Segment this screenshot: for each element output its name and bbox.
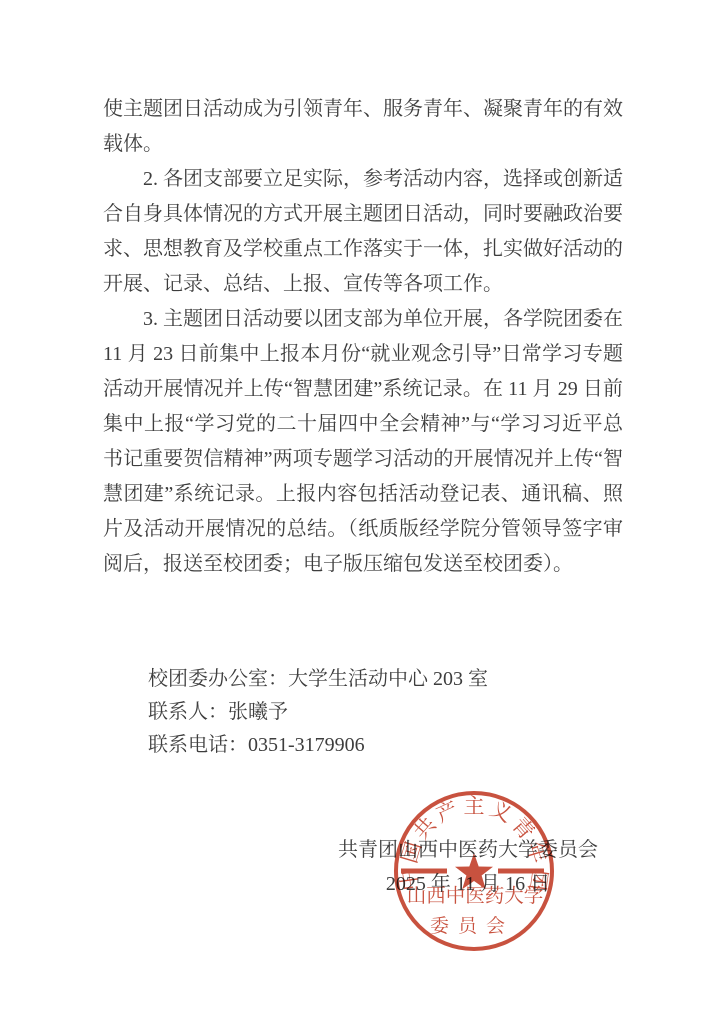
- seal-arc-char: 共: [409, 813, 441, 845]
- document-body: 使主题团日活动成为引领青年、服务青年、凝聚青年的有效载体。 2. 各团支部要立足…: [103, 92, 623, 582]
- seal-arc-char: 青: [507, 813, 539, 845]
- paragraph-continuation: 使主题团日活动成为引领青年、服务青年、凝聚青年的有效载体。: [103, 92, 623, 162]
- seal-arc-char: 国: [397, 839, 426, 866]
- seal-committee-label: 委员会: [430, 915, 514, 937]
- contact-office-line: 校团委办公室：大学生活动中心 203 室: [148, 663, 488, 696]
- seal-left-bar-icon: [401, 869, 447, 874]
- contact-block: 校团委办公室：大学生活动中心 203 室 联系人：张曦予 联系电话：0351-3…: [148, 663, 488, 762]
- contact-phone-line: 联系电话：0351-3179906: [148, 729, 488, 762]
- paragraph-item-2: 2. 各团支部要立足实际，参考活动内容，选择或创新适合自身具体情况的方式开展主题…: [103, 162, 623, 302]
- official-seal: 中国共产主义青年团 山西中医药大学 委员会: [374, 771, 574, 971]
- seal-arc-char: 主: [464, 794, 485, 818]
- document-page: 使主题团日活动成为引领青年、服务青年、凝聚青年的有效载体。 2. 各团支部要立足…: [0, 0, 720, 1018]
- contact-person-line: 联系人：张曦予: [148, 696, 488, 729]
- seal-right-bar-icon: [498, 869, 544, 874]
- seal-arc-char: 年: [522, 839, 551, 866]
- paragraph-item-3: 3. 主题团日活动要以团支部为单位开展，各学院团委在 11 月 23 日前集中上…: [103, 302, 623, 582]
- star-icon: [455, 853, 493, 889]
- seal-university-name: 山西中医药大学: [407, 885, 544, 907]
